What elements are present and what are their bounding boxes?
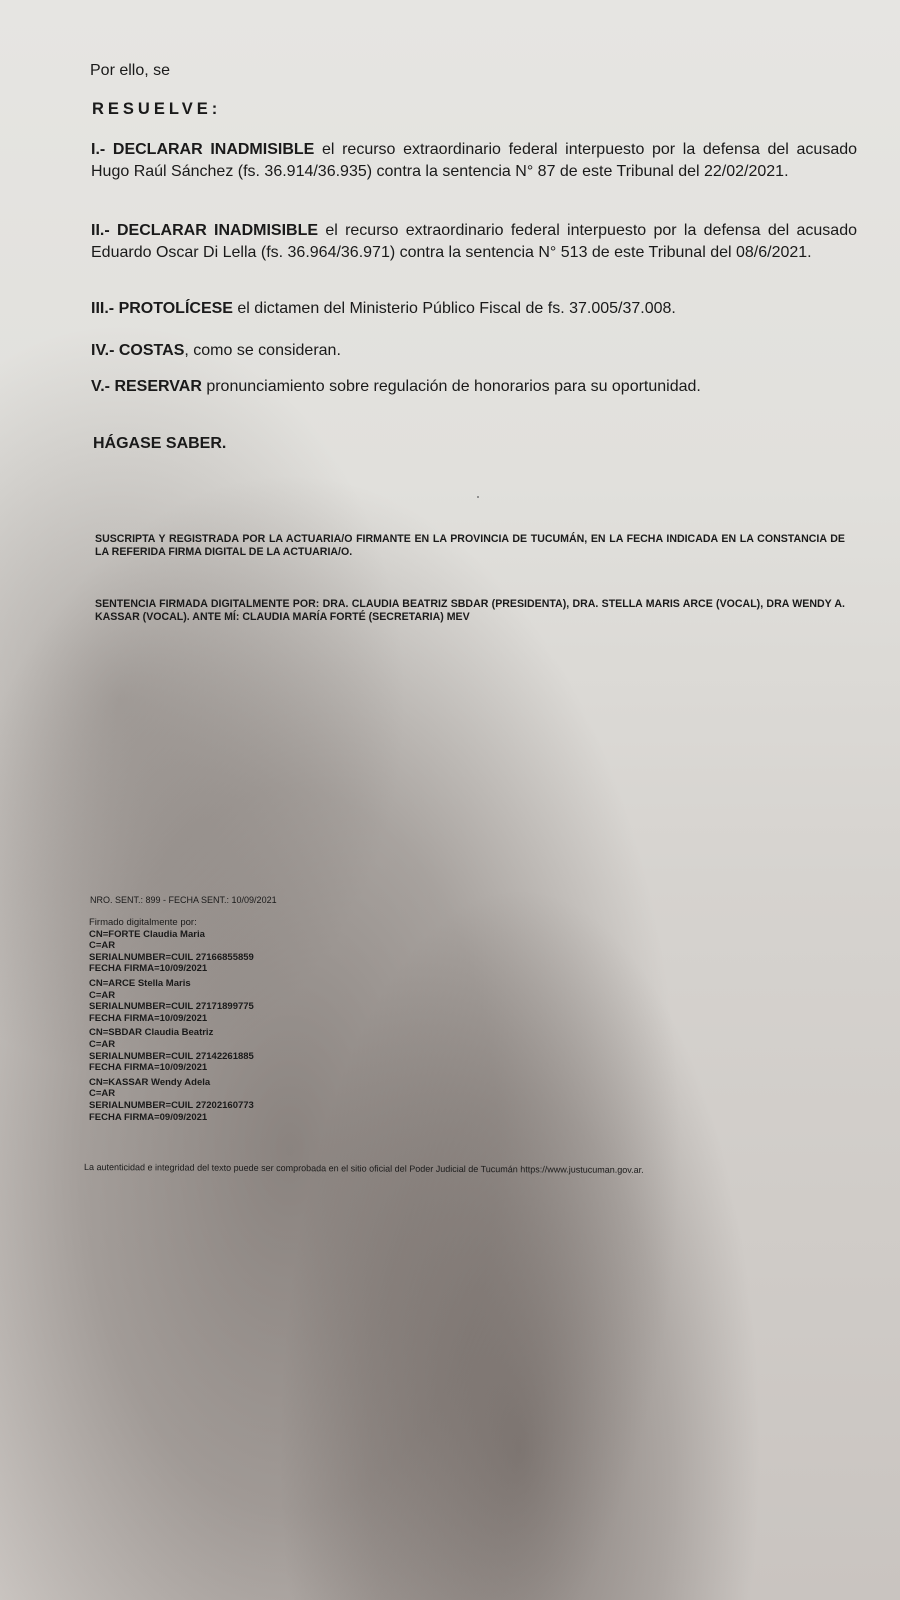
resolution-item-1: I.- DECLARAR INADMISIBLE el recurso extr… [91,139,857,183]
suscripta-notice: SUSCRIPTA Y REGISTRADA POR LA ACTUARIA/O… [95,533,845,559]
signature-date: FECHA FIRMA=09/09/2021 [89,1112,254,1124]
resolution-item-4: IV.- COSTAS, como se consideran. [91,340,857,362]
item-numeral: V.- [91,378,110,395]
signature-country: C=AR [89,1088,254,1100]
item-text: pronunciamiento sobre regulación de hono… [202,378,701,395]
signature-country: C=AR [89,940,254,952]
authenticity-note: La autenticidad e integridad del texto p… [84,1162,644,1175]
signature-date: FECHA FIRMA=10/09/2021 [89,1013,254,1025]
signature-country: C=AR [89,990,254,1002]
speck [477,496,479,498]
signature-kassar: CN=KASSAR Wendy Adela C=AR SERIALNUMBER=… [89,1077,254,1123]
resolution-item-2: II.- DECLARAR INADMISIBLE el recurso ext… [91,220,857,264]
document-page: Por ello, se RESUELVE: I.- DECLARAR INAD… [0,0,900,1600]
resolution-item-3: III.- PROTOLÍCESE el dictamen del Minist… [91,298,857,320]
signature-serial: SERIALNUMBER=CUIL 27166855859 [89,952,254,964]
item-numeral: IV.- [91,342,114,359]
signed-by-notice: SENTENCIA FIRMADA DIGITALMENTE POR: DRA.… [95,598,845,624]
item-numeral: I.- [91,141,105,158]
signature-cn: CN=SBDAR Claudia Beatriz [89,1027,254,1039]
item-numeral: II.- [91,222,110,239]
resuelve-heading: RESUELVE: [92,100,221,119]
signature-arce: CN=ARCE Stella Maris C=AR SERIALNUMBER=C… [89,978,254,1024]
item-numeral: III.- [91,300,114,317]
signature-forte: CN=FORTE Claudia Maria C=AR SERIALNUMBER… [89,929,254,975]
signature-date: FECHA FIRMA=10/09/2021 [89,963,254,975]
item-action: DECLARAR INADMISIBLE [117,222,318,239]
signature-serial: SERIALNUMBER=CUIL 27171899775 [89,1001,254,1013]
signature-cn: CN=ARCE Stella Maris [89,978,254,990]
item-text: , como se consideran. [184,342,341,359]
signed-digitally-label: Firmado digitalmente por: [89,917,254,929]
signature-cn: CN=FORTE Claudia Maria [89,929,254,941]
digital-signatures: Firmado digitalmente por: CN=FORTE Claud… [89,917,254,1123]
resolution-item-5: V.- RESERVAR pronunciamiento sobre regul… [91,376,857,398]
intro-text: Por ello, se [90,62,170,80]
sentence-number: NRO. SENT.: 899 - FECHA SENT.: 10/09/202… [90,895,277,905]
signature-sbdar: CN=SBDAR Claudia Beatriz C=AR SERIALNUMB… [89,1027,254,1073]
signature-country: C=AR [89,1039,254,1051]
closing-text: HÁGASE SABER. [93,435,226,453]
item-action: DECLARAR INADMISIBLE [113,141,314,158]
item-action: RESERVAR [114,378,201,395]
signature-date: FECHA FIRMA=10/09/2021 [89,1062,254,1074]
item-action: COSTAS [119,342,184,359]
item-text: el dictamen del Ministerio Público Fisca… [233,300,676,317]
signature-cn: CN=KASSAR Wendy Adela [89,1077,254,1089]
item-action: PROTOLÍCESE [119,300,233,317]
signature-serial: SERIALNUMBER=CUIL 27142261885 [89,1051,254,1063]
signature-serial: SERIALNUMBER=CUIL 27202160773 [89,1100,254,1112]
